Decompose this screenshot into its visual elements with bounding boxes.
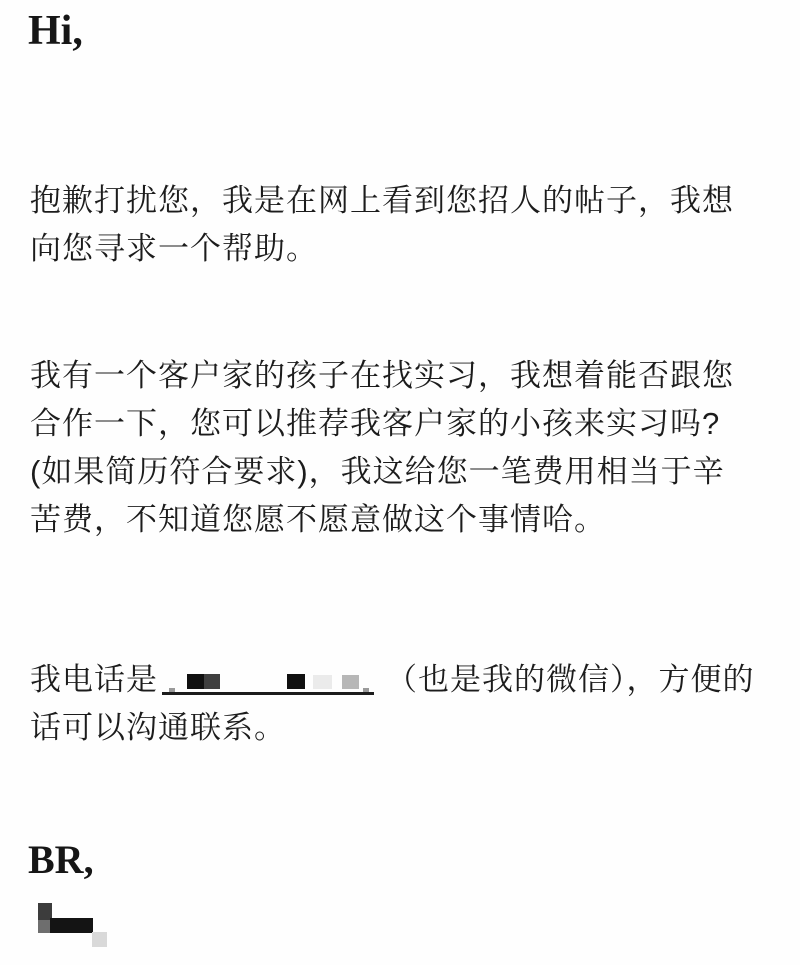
redaction-block bbox=[342, 675, 359, 689]
redaction-block bbox=[313, 675, 332, 689]
paragraph-proposal: 我有一个客户家的孩子在找实习，我想着能否跟您 合作一下，您可以推荐我客户家的小孩… bbox=[30, 352, 784, 544]
signoff: BR, bbox=[28, 836, 94, 884]
redaction-block bbox=[363, 688, 369, 692]
text-line: 合作一下，您可以推荐我客户家的小孩来实习吗? bbox=[30, 400, 784, 448]
redaction-block bbox=[92, 932, 107, 947]
greeting: Hi, bbox=[28, 6, 83, 56]
redaction-block bbox=[169, 688, 175, 692]
redaction-block bbox=[50, 918, 93, 933]
redaction-block bbox=[187, 674, 204, 689]
paragraph-apology: 抱歉打扰您，我是在网上看到您招人的帖子，我想 向您寻求一个帮助。 bbox=[30, 177, 784, 273]
paragraph-contact: 我电话是（也是我的微信），方便的 话可以沟通联系。 bbox=[30, 656, 784, 752]
text-line: 苦费，不知道您愿不愿意做这个事情哈。 bbox=[30, 496, 784, 544]
text-line: (如果简历符合要求)，我这给您一笔费用相当于辛 bbox=[30, 448, 784, 496]
text-line: 我有一个客户家的孩子在找实习，我想着能否跟您 bbox=[30, 352, 784, 400]
redaction-block bbox=[204, 674, 220, 689]
email-body: Hi, 抱歉打扰您，我是在网上看到您招人的帖子，我想 向您寻求一个帮助。 我有一… bbox=[0, 0, 800, 965]
text-line: 话可以沟通联系。 bbox=[30, 704, 784, 752]
redacted-phone-number bbox=[162, 662, 374, 695]
text-line: 抱歉打扰您，我是在网上看到您招人的帖子，我想 bbox=[30, 177, 784, 225]
text-line: 我电话是（也是我的微信），方便的 bbox=[30, 656, 784, 704]
redaction-block bbox=[287, 674, 305, 689]
text-line: 向您寻求一个帮助。 bbox=[30, 225, 784, 273]
redacted-sender-name bbox=[30, 900, 120, 952]
phone-prefix: 我电话是 bbox=[30, 662, 158, 697]
phone-suffix: （也是我的微信），方便的 bbox=[386, 662, 755, 697]
